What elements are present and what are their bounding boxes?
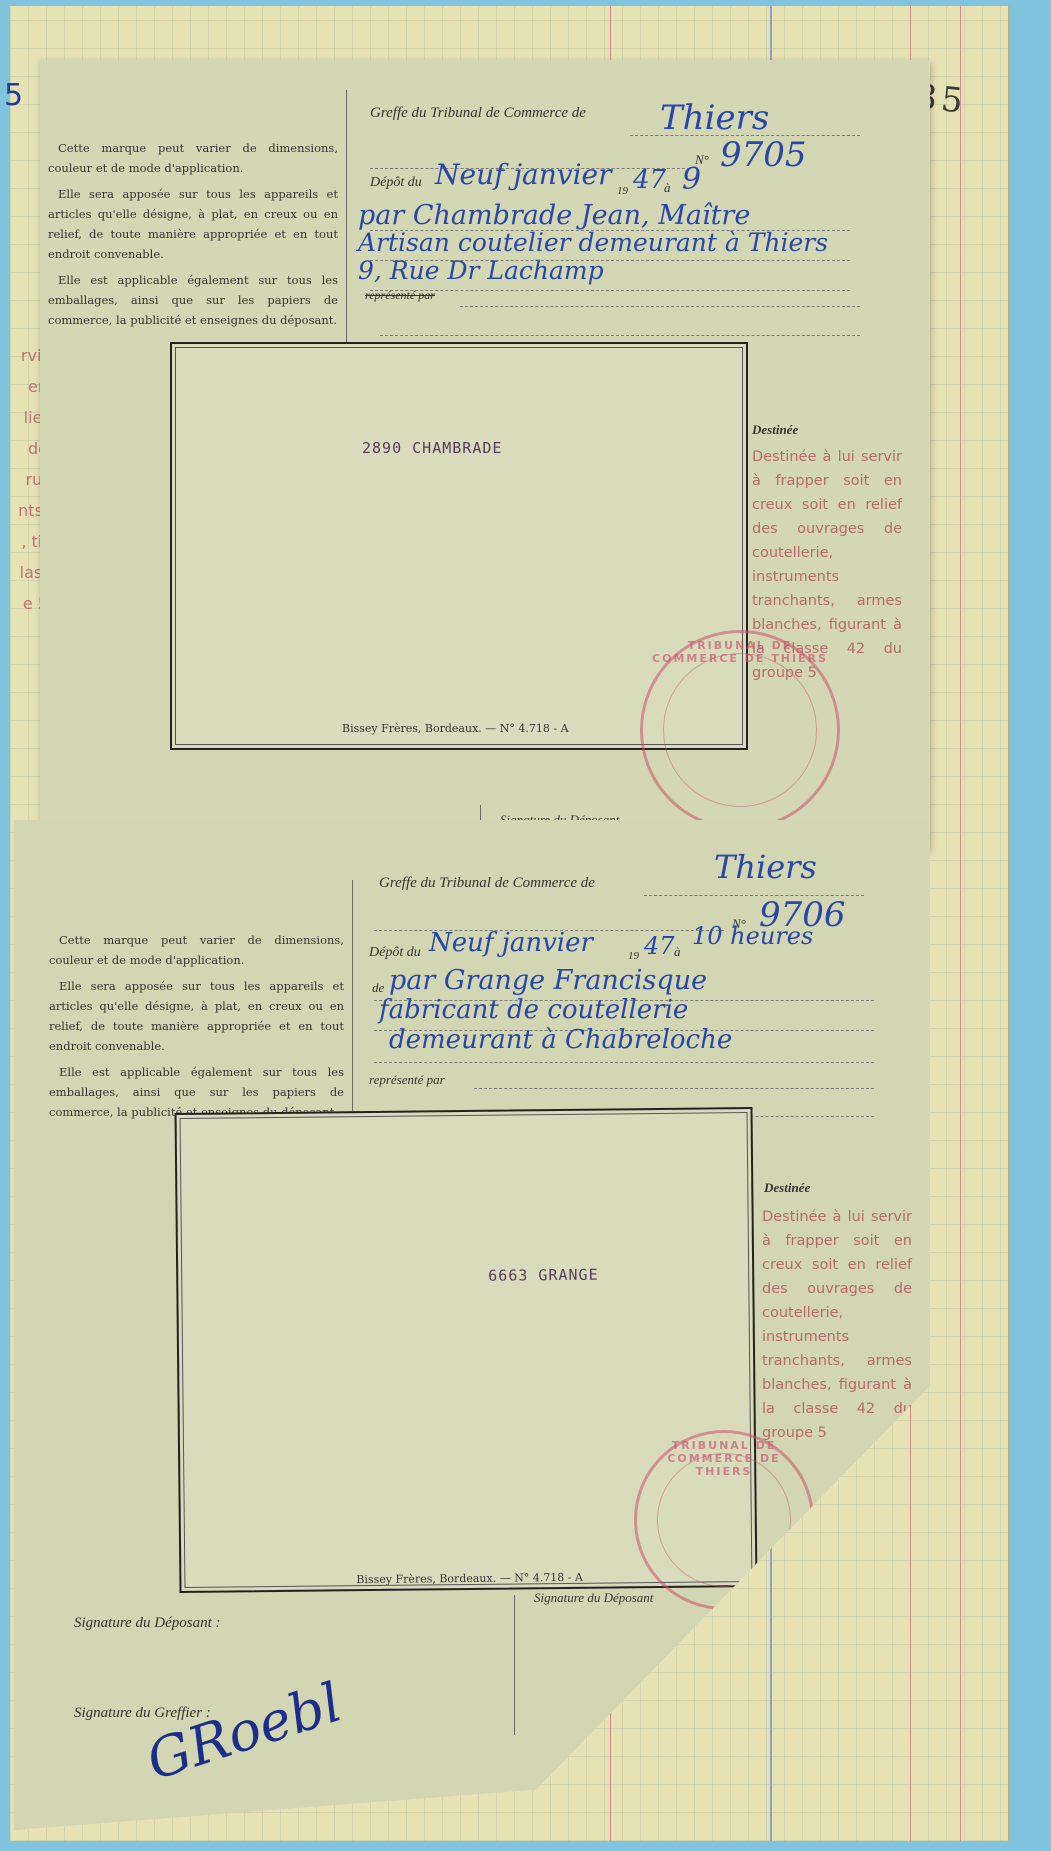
- signature-deposant-label: Signature du Déposant :: [74, 1615, 221, 1632]
- mark-stamp: 6663 GRANGE: [488, 1266, 599, 1285]
- ledger-margin-line: [960, 6, 961, 1841]
- depositor-line: Artisan coutelier demeurant à Thiers: [358, 228, 828, 257]
- de-label: de: [372, 980, 384, 996]
- usage-paragraph: Elle sera apposée sur tous les appareils…: [49, 976, 344, 1056]
- depositor-line: demeurant à Chabreloche: [389, 1025, 732, 1055]
- usage-paragraph: Elle est applicable également sur tous l…: [48, 270, 338, 330]
- edge-handwritten-mark: 5: [4, 78, 23, 113]
- greffe-city: Thiers: [660, 98, 769, 138]
- depositor-line: fabricant de coutellerie: [379, 995, 688, 1025]
- seal-text: TRIBUNAL DE COMMERCE DE THIERS: [637, 1439, 811, 1478]
- a-label: à: [664, 180, 671, 196]
- tribunal-seal: TRIBUNAL DE COMMERCE DE THIERS: [640, 630, 840, 830]
- signature-deposant-label-right: Signature du Déposant: [534, 1590, 653, 1606]
- deposit-hour: 9: [682, 162, 701, 197]
- a-label: à: [674, 944, 681, 960]
- destinee-text: Destinée à lui servir à frapper soit en …: [762, 1205, 912, 1445]
- seal-inner-ring: [663, 653, 817, 807]
- mark-stamp: 2890 CHAMBRADE: [362, 439, 502, 457]
- field-line: [370, 290, 850, 291]
- column-divider: [346, 90, 347, 350]
- depositor-line: par Chambrade Jean, Maître: [358, 200, 750, 231]
- greffier-signature: GRoebl: [139, 1671, 349, 1793]
- printer-imprint: Bissey Frères, Bordeaux. — N° 4.718 - A: [356, 1571, 583, 1586]
- deposit-date: Neuf janvier: [429, 928, 593, 958]
- destinee-title: Destinée: [764, 1180, 810, 1196]
- usage-conditions: Cette marque peut varier de dimensions, …: [49, 930, 344, 1128]
- field-line: [380, 335, 860, 336]
- represente-label: représenté par: [369, 1072, 445, 1088]
- depot-label: Dépôt du: [370, 175, 422, 191]
- depot-label: Dépôt du: [369, 945, 421, 961]
- deposit-hour: 10 heures: [692, 922, 813, 950]
- field-line: [474, 1088, 874, 1089]
- represente-label: représenté par: [365, 288, 435, 303]
- deposit-year: 47: [644, 932, 675, 960]
- field-line: [460, 306, 860, 307]
- column-divider: [514, 1595, 515, 1735]
- seal-text: TRIBUNAL DE COMMERCE DE THIERS: [643, 639, 837, 665]
- deposit-number: 9705: [720, 135, 807, 175]
- year-prefix: 19: [617, 185, 628, 197]
- field-line: [374, 1062, 874, 1063]
- greffe-label: Greffe du Tribunal de Commerce de: [370, 105, 586, 122]
- destinee-title: Destinée: [752, 422, 798, 438]
- printer-imprint: Bissey Frères, Bordeaux. — N° 4.718 - A: [342, 722, 569, 735]
- greffe-label: Greffe du Tribunal de Commerce de: [379, 875, 595, 892]
- year-prefix: 19: [628, 950, 639, 962]
- usage-paragraph: Elle sera apposée sur tous les appareils…: [48, 184, 338, 264]
- usage-paragraph: Cette marque peut varier de dimensions, …: [48, 138, 338, 178]
- deposit-year: 47: [633, 165, 666, 195]
- greffe-city: Thiers: [714, 848, 817, 886]
- usage-paragraph: Cette marque peut varier de dimensions, …: [49, 930, 344, 970]
- usage-conditions: Cette marque peut varier de dimensions, …: [48, 138, 338, 336]
- depositor-line: par Grange Francisque: [389, 965, 707, 996]
- depositor-line: 9, Rue Dr Lachamp: [358, 256, 604, 285]
- trademark-deposit-form-9705: Cette marque peut varier de dimensions, …: [40, 60, 930, 850]
- deposit-date: Neuf janvier: [435, 158, 612, 191]
